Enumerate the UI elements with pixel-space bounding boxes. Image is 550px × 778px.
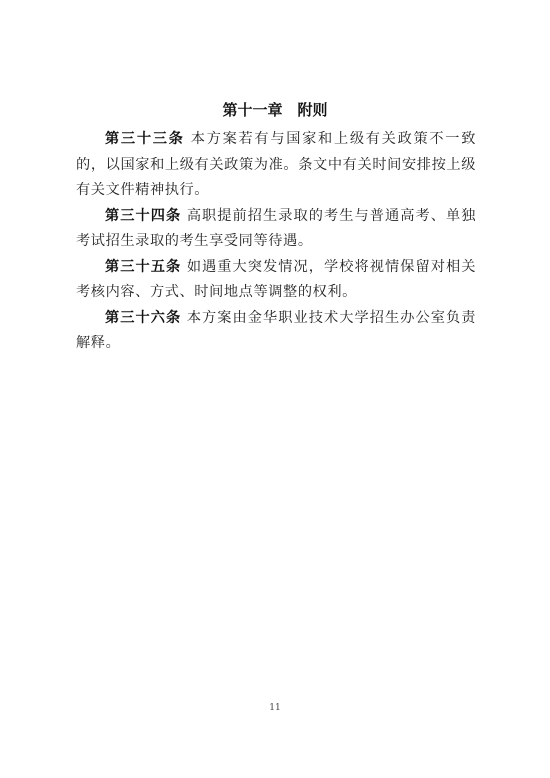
article-label: 第三十四条: [105, 208, 181, 224]
article-label: 第三十三条: [105, 131, 185, 147]
article-33: 第三十三条 本方案若有与国家和上级有关政策不一致的，以国家和上级有关政策为准。条…: [76, 127, 476, 204]
article-label: 第三十五条: [105, 259, 181, 275]
article-label: 第三十六条: [105, 310, 181, 326]
chapter-subtitle: 附则: [298, 101, 328, 119]
chapter-title: 第十一章: [222, 101, 282, 119]
document-body: 第三十三条 本方案若有与国家和上级有关政策不一致的，以国家和上级有关政策为准。条…: [76, 127, 476, 357]
article-36: 第三十六条 本方案由金华职业技术大学招生办公室负责解释。: [76, 306, 476, 357]
document-page: 第十一章附则 第三十三条 本方案若有与国家和上级有关政策不一致的，以国家和上级有…: [0, 0, 550, 778]
chapter-heading: 第十一章附则: [0, 100, 550, 120]
article-35: 第三十五条 如遇重大突发情况，学校将视情保留对相关考核内容、方式、时间地点等调整…: [76, 255, 476, 306]
article-34: 第三十四条 高职提前招生录取的考生与普通高考、单独考试招生录取的考生享受同等待遇…: [76, 204, 476, 255]
page-number: 11: [0, 703, 550, 713]
